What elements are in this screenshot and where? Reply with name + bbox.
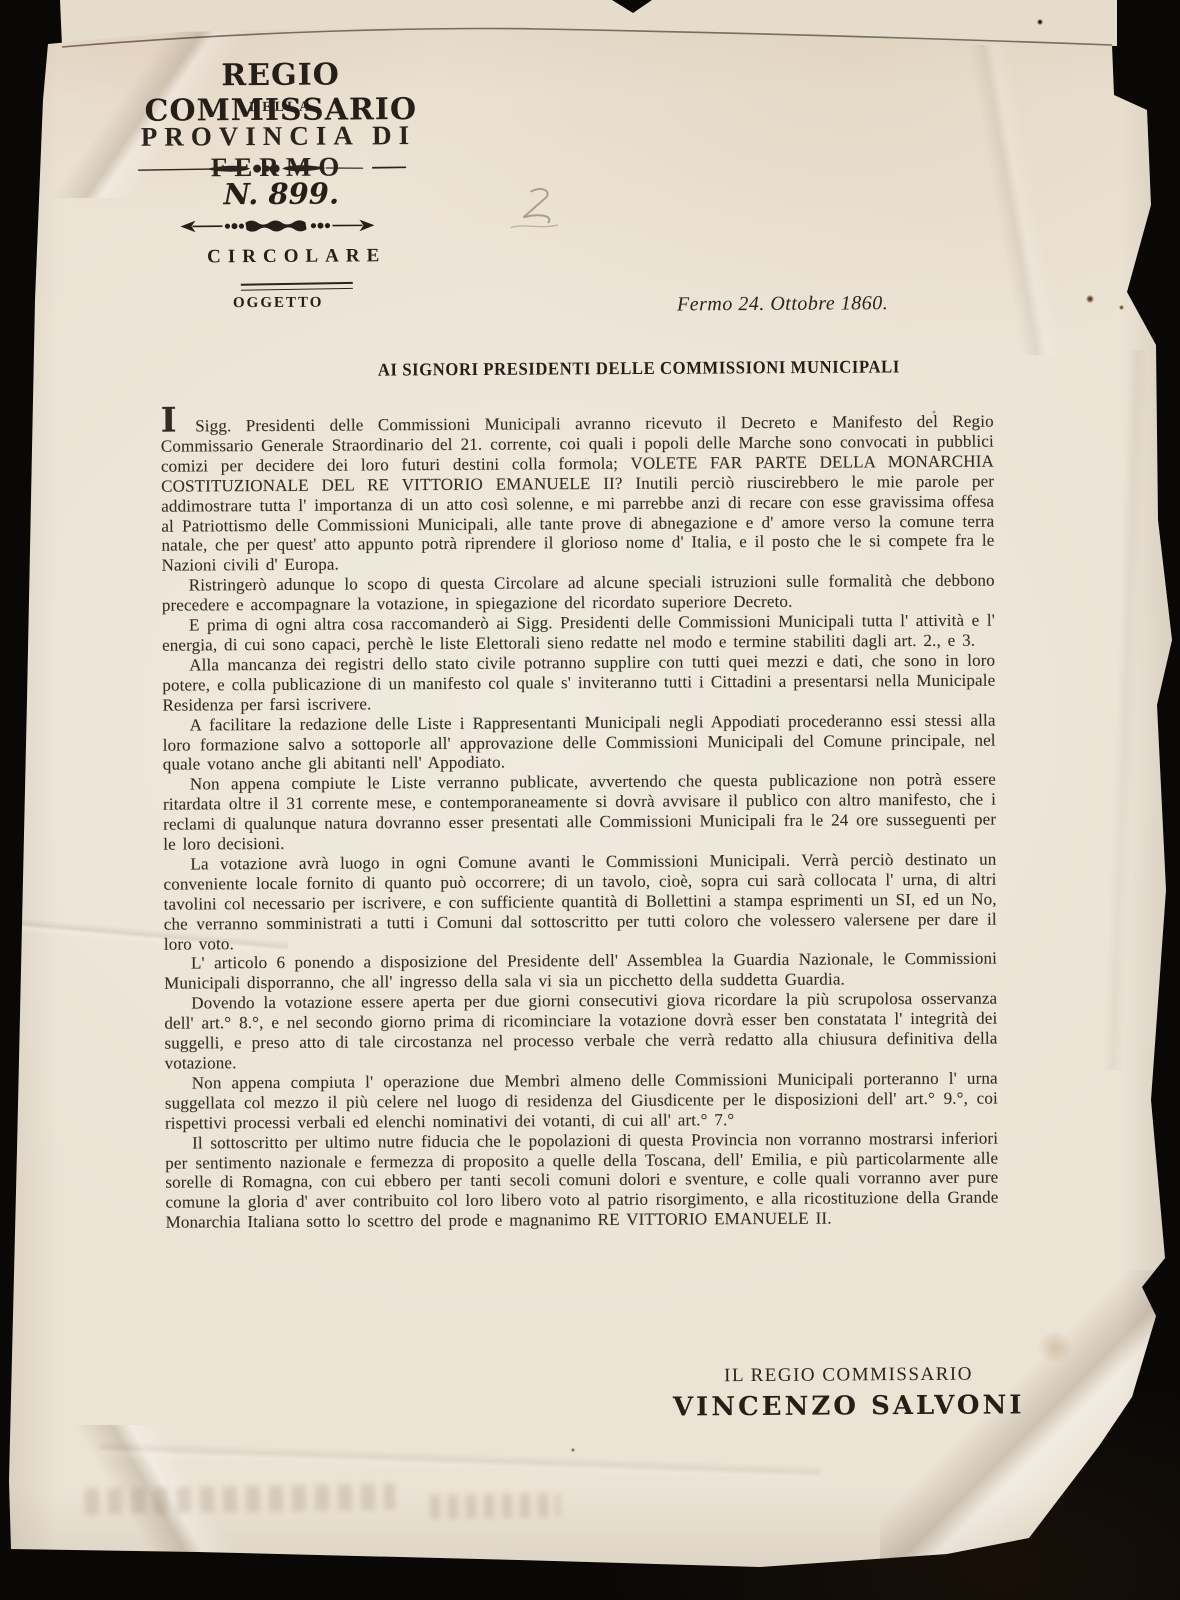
- issuer-della: DELLA: [126, 99, 436, 117]
- signature-name: VINCENZO SALVONI: [669, 1390, 1029, 1422]
- paragraph-7: La votazione avrà luogo in ogni Comune a…: [163, 849, 997, 954]
- recipient-heading: AI SIGNORI PRESIDENTI DELLE COMMISSIONI …: [231, 356, 1047, 382]
- paragraph-5: A facilitare la redazione delle Liste i …: [162, 710, 995, 775]
- doc-type-label: CIRCOLARE: [157, 245, 437, 269]
- signature-block: IL REGIO COMMISSARIO VINCENZO SALVONI: [668, 1363, 1028, 1422]
- subject-label: OGGETTO: [233, 295, 324, 313]
- pencil-mark: [501, 185, 567, 241]
- scanned-document: REGIO COMMISSARIO DELLA PROVINCIA DI FER…: [0, 0, 1180, 1600]
- body-text: I Sigg. Presidenti delle Commissioni Mun…: [161, 404, 999, 1233]
- paragraph-10: Non appena compiuta l' operazione due Me…: [165, 1068, 998, 1133]
- paragraph-4: Alla mancanza dei registri dello stato c…: [162, 650, 995, 715]
- printed-content: REGIO COMMISSARIO DELLA PROVINCIA DI FER…: [0, 0, 1180, 1600]
- paper-sheet: REGIO COMMISSARIO DELLA PROVINCIA DI FER…: [0, 0, 1180, 1600]
- circolare-underline: [241, 282, 353, 291]
- paragraph-9: Dovendo la votazione essere aperta per d…: [164, 989, 997, 1074]
- paragraph-8: L' articolo 6 ponendo a disposizione del…: [164, 949, 997, 994]
- signature-role: IL REGIO COMMISSARIO: [668, 1363, 1028, 1387]
- dateline: Fermo 24. Ottobre 1860.: [677, 292, 917, 316]
- document-number: N. 899.: [126, 176, 436, 212]
- paragraph-11: Il sottoscritto per ultimo nutre fiducia…: [165, 1128, 999, 1233]
- paragraph-2: Ristringerò adunque lo scopo di questa C…: [162, 571, 995, 616]
- issuer-name: REGIO COMMISSARIO: [125, 57, 435, 129]
- paragraph-3: E prima di ogni altra cosa raccomanderò …: [162, 611, 995, 656]
- number-flourish: [180, 216, 374, 235]
- paragraph-1: I Sigg. Presidenti delle Commissioni Mun…: [161, 404, 995, 576]
- paragraph-6: Non appena compiute le Liste verranno pu…: [163, 770, 996, 855]
